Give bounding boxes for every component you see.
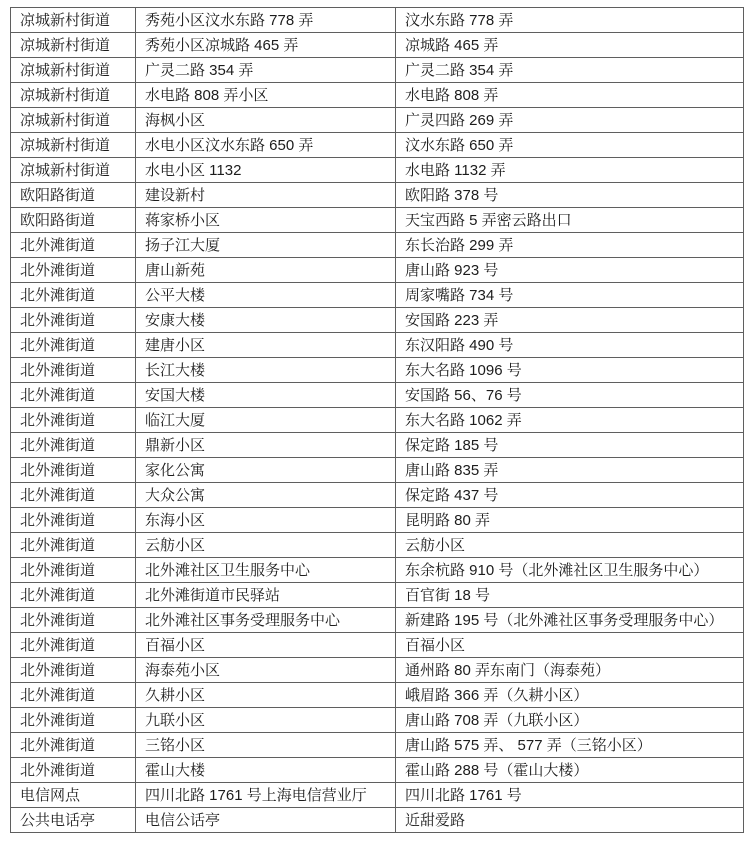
cell-address: 安国路 223 弄 bbox=[396, 308, 744, 333]
table-row: 凉城新村街道广灵二路 354 弄广灵二路 354 弄 bbox=[11, 58, 744, 83]
cell-address: 东长治路 299 弄 bbox=[396, 233, 744, 258]
cell-location: 安康大楼 bbox=[136, 308, 396, 333]
cell-district: 凉城新村街道 bbox=[11, 133, 136, 158]
table-row: 北外滩街道扬子江大厦东长治路 299 弄 bbox=[11, 233, 744, 258]
cell-district: 北外滩街道 bbox=[11, 383, 136, 408]
table-row: 北外滩街道大众公寓保定路 437 号 bbox=[11, 483, 744, 508]
table-row: 北外滩街道建唐小区东汉阳路 490 号 bbox=[11, 333, 744, 358]
cell-address: 广灵四路 269 弄 bbox=[396, 108, 744, 133]
cell-district: 北外滩街道 bbox=[11, 458, 136, 483]
table-row: 北外滩街道九联小区唐山路 708 弄（九联小区） bbox=[11, 708, 744, 733]
cell-location: 北外滩街道市民驿站 bbox=[136, 583, 396, 608]
table-row: 北外滩街道长江大楼东大名路 1096 号 bbox=[11, 358, 744, 383]
cell-location: 云舫小区 bbox=[136, 533, 396, 558]
cell-address: 近甜爱路 bbox=[396, 808, 744, 833]
table-body: 凉城新村街道秀苑小区汶水东路 778 弄汶水东路 778 弄凉城新村街道秀苑小区… bbox=[11, 8, 744, 833]
cell-location: 安国大楼 bbox=[136, 383, 396, 408]
cell-address: 百官街 18 号 bbox=[396, 583, 744, 608]
poi-table-container: 凉城新村街道秀苑小区汶水东路 778 弄汶水东路 778 弄凉城新村街道秀苑小区… bbox=[10, 7, 743, 833]
table-row: 电信网点四川北路 1761 号上海电信营业厅四川北路 1761 号 bbox=[11, 783, 744, 808]
cell-district: 欧阳路街道 bbox=[11, 183, 136, 208]
cell-district: 凉城新村街道 bbox=[11, 83, 136, 108]
cell-district: 北外滩街道 bbox=[11, 283, 136, 308]
cell-district: 凉城新村街道 bbox=[11, 8, 136, 33]
cell-location: 唐山新苑 bbox=[136, 258, 396, 283]
cell-address: 唐山路 835 弄 bbox=[396, 458, 744, 483]
table-row: 北外滩街道北外滩社区事务受理服务中心新建路 195 号（北外滩社区事务受理服务中… bbox=[11, 608, 744, 633]
cell-address: 通州路 80 弄东南门（海泰苑） bbox=[396, 658, 744, 683]
table-row: 欧阳路街道建设新村欧阳路 378 号 bbox=[11, 183, 744, 208]
cell-address: 保定路 437 号 bbox=[396, 483, 744, 508]
cell-district: 北外滩街道 bbox=[11, 633, 136, 658]
cell-district: 欧阳路街道 bbox=[11, 208, 136, 233]
table-row: 北外滩街道公平大楼周家嘴路 734 号 bbox=[11, 283, 744, 308]
table-row: 北外滩街道安康大楼安国路 223 弄 bbox=[11, 308, 744, 333]
cell-location: 海泰苑小区 bbox=[136, 658, 396, 683]
cell-address: 唐山路 923 号 bbox=[396, 258, 744, 283]
cell-location: 电信公话亭 bbox=[136, 808, 396, 833]
cell-district: 北外滩街道 bbox=[11, 733, 136, 758]
cell-address: 水电路 1132 弄 bbox=[396, 158, 744, 183]
cell-location: 九联小区 bbox=[136, 708, 396, 733]
table-row: 北外滩街道东海小区昆明路 80 弄 bbox=[11, 508, 744, 533]
cell-address: 唐山路 708 弄（九联小区） bbox=[396, 708, 744, 733]
cell-location: 家化公寓 bbox=[136, 458, 396, 483]
document-page: 凉城新村街道秀苑小区汶水东路 778 弄汶水东路 778 弄凉城新村街道秀苑小区… bbox=[0, 0, 750, 861]
cell-district: 北外滩街道 bbox=[11, 483, 136, 508]
cell-address: 昆明路 80 弄 bbox=[396, 508, 744, 533]
cell-district: 北外滩街道 bbox=[11, 358, 136, 383]
cell-location: 水电小区 1132 bbox=[136, 158, 396, 183]
cell-district: 北外滩街道 bbox=[11, 708, 136, 733]
cell-district: 北外滩街道 bbox=[11, 508, 136, 533]
cell-district: 北外滩街道 bbox=[11, 258, 136, 283]
cell-district: 北外滩街道 bbox=[11, 758, 136, 783]
cell-location: 建设新村 bbox=[136, 183, 396, 208]
cell-address: 四川北路 1761 号 bbox=[396, 783, 744, 808]
cell-location: 扬子江大厦 bbox=[136, 233, 396, 258]
poi-table: 凉城新村街道秀苑小区汶水东路 778 弄汶水东路 778 弄凉城新村街道秀苑小区… bbox=[10, 7, 744, 833]
cell-address: 天宝西路 5 弄密云路出口 bbox=[396, 208, 744, 233]
cell-address: 东余杭路 910 号（北外滩社区卫生服务中心） bbox=[396, 558, 744, 583]
cell-address: 保定路 185 号 bbox=[396, 433, 744, 458]
cell-location: 鼎新小区 bbox=[136, 433, 396, 458]
cell-district: 凉城新村街道 bbox=[11, 158, 136, 183]
cell-district: 北外滩街道 bbox=[11, 308, 136, 333]
cell-address: 汶水东路 650 弄 bbox=[396, 133, 744, 158]
table-row: 北外滩街道鼎新小区保定路 185 号 bbox=[11, 433, 744, 458]
cell-address: 云舫小区 bbox=[396, 533, 744, 558]
table-row: 欧阳路街道蒋家桥小区天宝西路 5 弄密云路出口 bbox=[11, 208, 744, 233]
cell-location: 海枫小区 bbox=[136, 108, 396, 133]
table-row: 北外滩街道北外滩街道市民驿站百官街 18 号 bbox=[11, 583, 744, 608]
table-row: 北外滩街道云舫小区云舫小区 bbox=[11, 533, 744, 558]
cell-location: 百福小区 bbox=[136, 633, 396, 658]
cell-address: 欧阳路 378 号 bbox=[396, 183, 744, 208]
table-row: 凉城新村街道水电路 808 弄小区水电路 808 弄 bbox=[11, 83, 744, 108]
cell-location: 秀苑小区汶水东路 778 弄 bbox=[136, 8, 396, 33]
table-row: 北外滩街道三铭小区唐山路 575 弄、 577 弄（三铭小区） bbox=[11, 733, 744, 758]
cell-address: 东大名路 1096 号 bbox=[396, 358, 744, 383]
cell-district: 电信网点 bbox=[11, 783, 136, 808]
table-row: 北外滩街道临江大厦东大名路 1062 弄 bbox=[11, 408, 744, 433]
cell-district: 凉城新村街道 bbox=[11, 58, 136, 83]
cell-address: 凉城路 465 弄 bbox=[396, 33, 744, 58]
cell-location: 蒋家桥小区 bbox=[136, 208, 396, 233]
cell-district: 北外滩街道 bbox=[11, 433, 136, 458]
cell-address: 周家嘴路 734 号 bbox=[396, 283, 744, 308]
cell-address: 峨眉路 366 弄（久耕小区） bbox=[396, 683, 744, 708]
cell-address: 唐山路 575 弄、 577 弄（三铭小区） bbox=[396, 733, 744, 758]
cell-district: 北外滩街道 bbox=[11, 583, 136, 608]
table-row: 凉城新村街道海枫小区广灵四路 269 弄 bbox=[11, 108, 744, 133]
table-row: 凉城新村街道水电小区 1132水电路 1132 弄 bbox=[11, 158, 744, 183]
cell-address: 霍山路 288 号（霍山大楼） bbox=[396, 758, 744, 783]
cell-address: 广灵二路 354 弄 bbox=[396, 58, 744, 83]
table-row: 北外滩街道安国大楼安国路 56、76 号 bbox=[11, 383, 744, 408]
cell-district: 北外滩街道 bbox=[11, 533, 136, 558]
cell-district: 北外滩街道 bbox=[11, 333, 136, 358]
cell-location: 三铭小区 bbox=[136, 733, 396, 758]
cell-location: 大众公寓 bbox=[136, 483, 396, 508]
cell-location: 水电小区汶水东路 650 弄 bbox=[136, 133, 396, 158]
cell-address: 汶水东路 778 弄 bbox=[396, 8, 744, 33]
cell-district: 北外滩街道 bbox=[11, 683, 136, 708]
cell-location: 东海小区 bbox=[136, 508, 396, 533]
cell-district: 北外滩街道 bbox=[11, 408, 136, 433]
cell-location: 北外滩社区卫生服务中心 bbox=[136, 558, 396, 583]
cell-location: 建唐小区 bbox=[136, 333, 396, 358]
cell-district: 北外滩街道 bbox=[11, 558, 136, 583]
cell-location: 临江大厦 bbox=[136, 408, 396, 433]
table-row: 北外滩街道唐山新苑唐山路 923 号 bbox=[11, 258, 744, 283]
cell-address: 新建路 195 号（北外滩社区事务受理服务中心） bbox=[396, 608, 744, 633]
cell-address: 东大名路 1062 弄 bbox=[396, 408, 744, 433]
table-row: 北外滩街道家化公寓唐山路 835 弄 bbox=[11, 458, 744, 483]
cell-location: 秀苑小区凉城路 465 弄 bbox=[136, 33, 396, 58]
table-row: 北外滩街道北外滩社区卫生服务中心东余杭路 910 号（北外滩社区卫生服务中心） bbox=[11, 558, 744, 583]
cell-location: 四川北路 1761 号上海电信营业厅 bbox=[136, 783, 396, 808]
cell-location: 水电路 808 弄小区 bbox=[136, 83, 396, 108]
cell-district: 北外滩街道 bbox=[11, 658, 136, 683]
table-row: 北外滩街道霍山大楼霍山路 288 号（霍山大楼） bbox=[11, 758, 744, 783]
table-row: 公共电话亭电信公话亭近甜爱路 bbox=[11, 808, 744, 833]
table-row: 北外滩街道百福小区百福小区 bbox=[11, 633, 744, 658]
cell-address: 安国路 56、76 号 bbox=[396, 383, 744, 408]
cell-location: 长江大楼 bbox=[136, 358, 396, 383]
cell-location: 霍山大楼 bbox=[136, 758, 396, 783]
table-row: 凉城新村街道秀苑小区汶水东路 778 弄汶水东路 778 弄 bbox=[11, 8, 744, 33]
table-row: 北外滩街道海泰苑小区通州路 80 弄东南门（海泰苑） bbox=[11, 658, 744, 683]
cell-district: 凉城新村街道 bbox=[11, 108, 136, 133]
cell-location: 久耕小区 bbox=[136, 683, 396, 708]
table-row: 凉城新村街道秀苑小区凉城路 465 弄凉城路 465 弄 bbox=[11, 33, 744, 58]
cell-location: 公平大楼 bbox=[136, 283, 396, 308]
cell-district: 北外滩街道 bbox=[11, 233, 136, 258]
cell-district: 公共电话亭 bbox=[11, 808, 136, 833]
cell-location: 北外滩社区事务受理服务中心 bbox=[136, 608, 396, 633]
table-row: 北外滩街道久耕小区峨眉路 366 弄（久耕小区） bbox=[11, 683, 744, 708]
cell-location: 广灵二路 354 弄 bbox=[136, 58, 396, 83]
cell-district: 北外滩街道 bbox=[11, 608, 136, 633]
cell-address: 水电路 808 弄 bbox=[396, 83, 744, 108]
cell-address: 百福小区 bbox=[396, 633, 744, 658]
cell-district: 凉城新村街道 bbox=[11, 33, 136, 58]
cell-address: 东汉阳路 490 号 bbox=[396, 333, 744, 358]
table-row: 凉城新村街道水电小区汶水东路 650 弄汶水东路 650 弄 bbox=[11, 133, 744, 158]
